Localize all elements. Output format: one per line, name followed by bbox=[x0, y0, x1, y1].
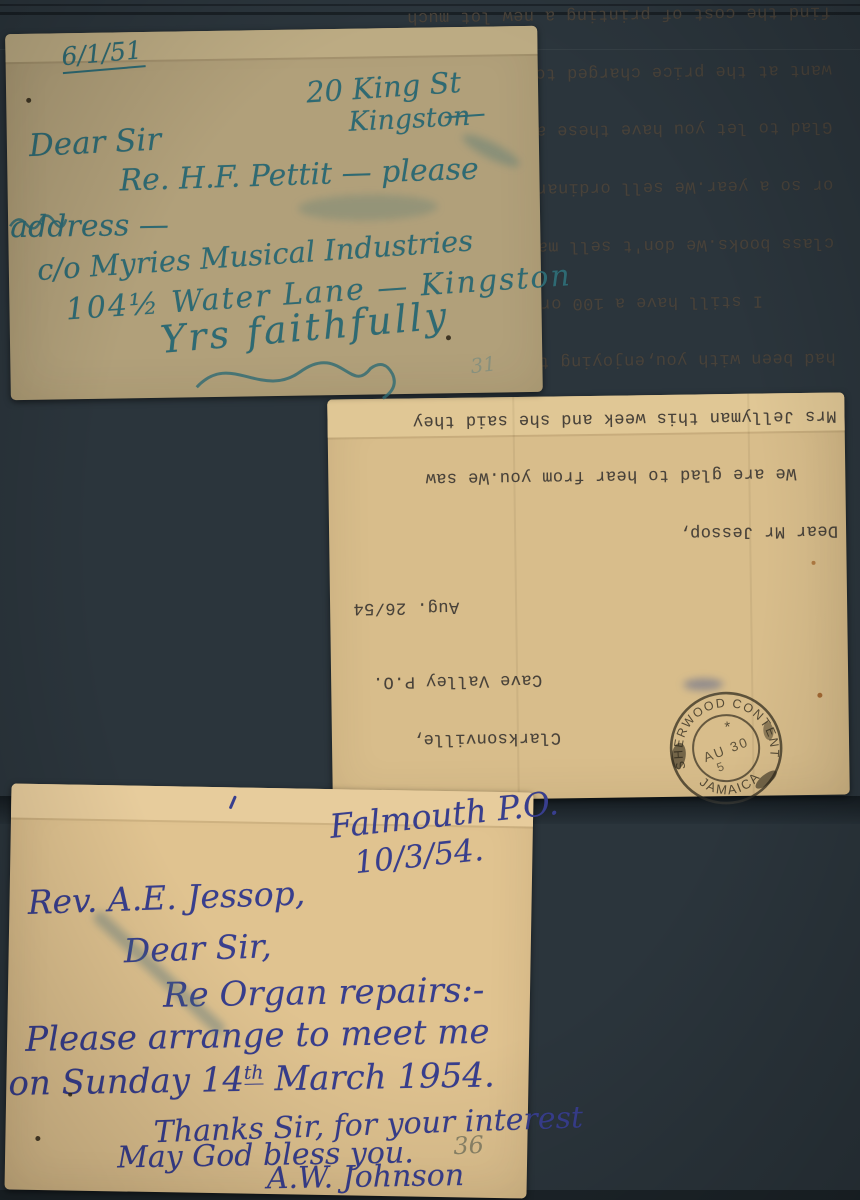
rust-speck bbox=[812, 561, 816, 565]
hw-ordinal-sup: th bbox=[244, 1062, 264, 1084]
ink-scribble bbox=[8, 211, 68, 232]
hw-re-line: Re. H.F. Pettit — please bbox=[119, 152, 479, 199]
rust-speck bbox=[817, 693, 822, 698]
signature-flourish bbox=[190, 354, 421, 408]
typed-salutation: Dear Mr Jessop, bbox=[337, 520, 838, 546]
hw-to-line: Rev. A.E. Jessop, bbox=[27, 873, 306, 922]
postmark-num: 5 bbox=[715, 759, 727, 775]
hw-signature: A.W. Johnson bbox=[266, 1158, 464, 1196]
typed-from-line: Clarksonville, bbox=[340, 727, 561, 749]
postcard-kingston-1951: 6/1/51 20 King St Kingston Dear Sir Re. … bbox=[5, 26, 543, 400]
ink-smudge bbox=[298, 193, 438, 221]
postcard-typed-clarksonville: Clarksonville, Cave Valley P.O. Aug. 26/… bbox=[327, 392, 850, 801]
typed-date: Aug. 26/54 bbox=[338, 597, 459, 618]
pencil-number: 31 bbox=[469, 351, 497, 378]
hw-address-line2: Kingston bbox=[348, 101, 471, 138]
typed-body-line: find the cost of printing a new lot much bbox=[330, 2, 831, 28]
hw-salutation: Dear Sir bbox=[28, 121, 162, 164]
postcard-falmouth-1954: Falmouth P.O. 10/3/54. Rev. A.E. Jessop,… bbox=[4, 783, 533, 1198]
postmark-sherwood-content: SHERWOOD CONTENT JAMAICA * AU 30 5 bbox=[663, 685, 789, 811]
hw-subject-line: Re Organ repairs:- bbox=[163, 970, 485, 1016]
album-page-scan: 6/1/51 20 King St Kingston Dear Sir Re. … bbox=[0, 0, 860, 1200]
hw-date-text: 6/1/51 bbox=[60, 35, 146, 74]
pin-hole-dot bbox=[35, 1136, 40, 1141]
pin-hole-dot bbox=[446, 335, 451, 340]
pin-hole-dot bbox=[26, 98, 31, 103]
hw-body-line2: on Sunday 14th March 1954. bbox=[8, 1055, 495, 1103]
hw-body-line2-pre: on Sunday 14 bbox=[8, 1060, 244, 1104]
pin-hole-dot bbox=[68, 1093, 72, 1097]
hw-body-line1: Please arrange to meet me bbox=[25, 1012, 490, 1060]
hw-body-line2-post: March 1954. bbox=[263, 1055, 495, 1099]
pencil-number: 36 bbox=[453, 1131, 485, 1161]
postmark-star: * bbox=[724, 718, 732, 736]
typed-from-line: Cave Valley P.O. bbox=[339, 669, 542, 691]
postmark-date: AU 30 bbox=[701, 734, 751, 765]
typed-body-line: We are glad to hear from you.We saw bbox=[336, 462, 837, 488]
typed-body-line: Mrs Jellyman this week and she said they bbox=[335, 405, 836, 431]
hw-date: 6/1/51 bbox=[60, 35, 146, 74]
